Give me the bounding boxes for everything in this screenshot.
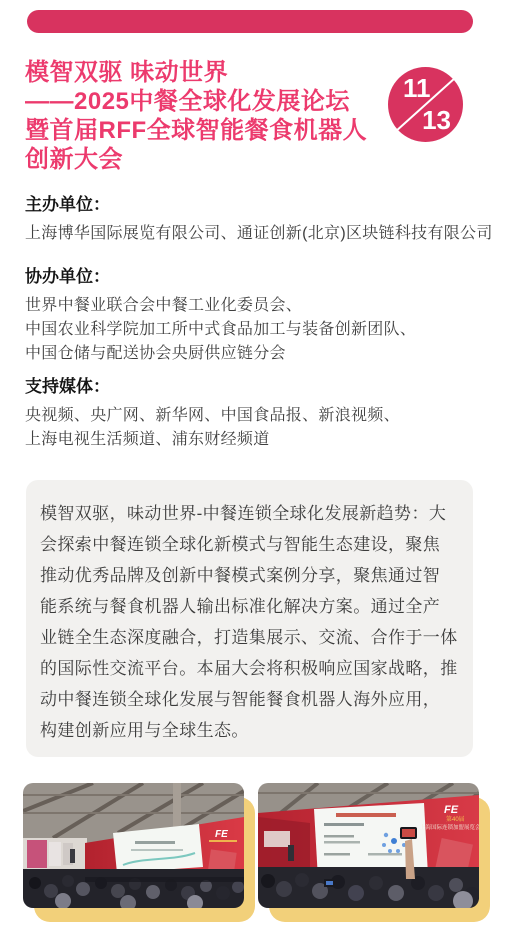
media-heading: 支持媒体： — [25, 378, 509, 395]
screen-title-text — [135, 841, 175, 844]
screen-text-row — [324, 841, 360, 844]
description-line: 动中餐连锁全球化发展与智能餐食机器人海外应用， — [40, 684, 459, 715]
speaker-figure — [288, 845, 294, 861]
top-accent-bar — [27, 10, 473, 33]
section-co-organizer: 协办单位： 世界中餐业联合会中餐工业化委员会、 中国农业科学院加工所中式食品加工… — [25, 268, 509, 366]
photo-card-2: FE 第40届 上海国际连锁加盟展览会 — [258, 783, 479, 922]
photo-card-1: FE — [23, 783, 244, 922]
photo-gallery: FE — [23, 783, 509, 922]
section-organizer: 主办单位： 上海博华国际展览有限公司、通证创新(北京)区块链科技有限公司 — [25, 196, 509, 246]
expo-name-text: 上海国际连锁加盟展览会 — [420, 823, 479, 831]
media-line: 上海电视生活频道、浦东财经频道 — [25, 428, 509, 452]
description-line: 构建创新应用与全球生态。 — [40, 715, 459, 746]
description-line: 业链全生态深度融合，打造集展示、交流、合作于一体 — [40, 622, 459, 653]
co-organizer-line: 中国仓储与配送协会央厨供应链分会 — [25, 342, 509, 366]
stage-edge — [85, 877, 244, 882]
date-badge: 11 13 — [388, 67, 463, 142]
phone-screen — [402, 829, 415, 837]
media-line: 央视频、央广网、新华网、中国食品报、新浪视频、 — [25, 404, 509, 428]
co-organizer-heading: 协办单位： — [25, 268, 509, 285]
description-line: 能系统与餐食机器人输出标准化解决方案。通过全产 — [40, 591, 459, 622]
conference-photo-1: FE — [23, 783, 244, 908]
expo-session-text: 第40届 — [446, 815, 465, 823]
event-description-box: 模智双驱，味动世界-中餐连锁全球化发展新趋势：大 会探索中餐连锁全球化新模式与智… — [26, 480, 473, 757]
conference-photo-2: FE 第40届 上海国际连锁加盟展览会 — [258, 783, 479, 908]
expo-logo-text: FE — [444, 804, 459, 816]
screen-text-row — [368, 853, 402, 856]
phone-in-crowd-screen — [326, 881, 333, 885]
speaker-figure — [70, 849, 75, 863]
screen-text-row — [324, 853, 350, 856]
screen-subtitle-text — [131, 849, 183, 851]
description-line: 模智双驱，味动世界-中餐连锁全球化发展新趋势：大 — [40, 498, 459, 529]
section-media: 支持媒体： 央视频、央广网、新华网、中国食品报、新浪视频、 上海电视生活频道、浦… — [25, 378, 509, 452]
title-line-4: 创新大会 — [25, 145, 509, 174]
screen-text-row — [324, 823, 364, 826]
hall-pillar — [173, 783, 181, 833]
co-organizer-line: 世界中餐业联合会中餐工业化委员会、 — [25, 294, 509, 318]
description-line: 的国际性交流平台。本届大会将积极响应国家战略，推 — [40, 653, 459, 684]
pink-panel — [27, 840, 47, 868]
description-line: 会探索中餐连锁全球化新模式与智能生态建设，聚焦 — [40, 529, 459, 560]
organizer-heading: 主办单位： — [25, 196, 509, 213]
organizer-sections: 主办单位： 上海博华国际展览有限公司、通证创新(北京)区块链科技有限公司 协办单… — [25, 196, 509, 452]
co-organizer-line: 中国农业科学院加工所中式食品加工与装备创新团队、 — [25, 318, 509, 342]
organizer-line: 上海博华国际展览有限公司、通证创新(北京)区块链科技有限公司 — [25, 222, 509, 246]
description-line: 推动优秀品牌及创新中餐模式案例分享，聚焦通过智 — [40, 560, 459, 591]
white-panel — [49, 842, 61, 866]
logo-underline — [209, 840, 237, 842]
event-poster: 模智双驱 味动世界 ——2025中餐全球化发展论坛 暨首届RFF全球智能餐食机器… — [0, 0, 509, 926]
side-screen — [264, 831, 290, 847]
date-day: 13 — [422, 105, 451, 136]
date-month: 11 — [403, 73, 431, 104]
screen-text-row — [324, 835, 354, 838]
expo-logo-text: FE — [215, 829, 228, 840]
screen-header-text — [336, 813, 396, 817]
